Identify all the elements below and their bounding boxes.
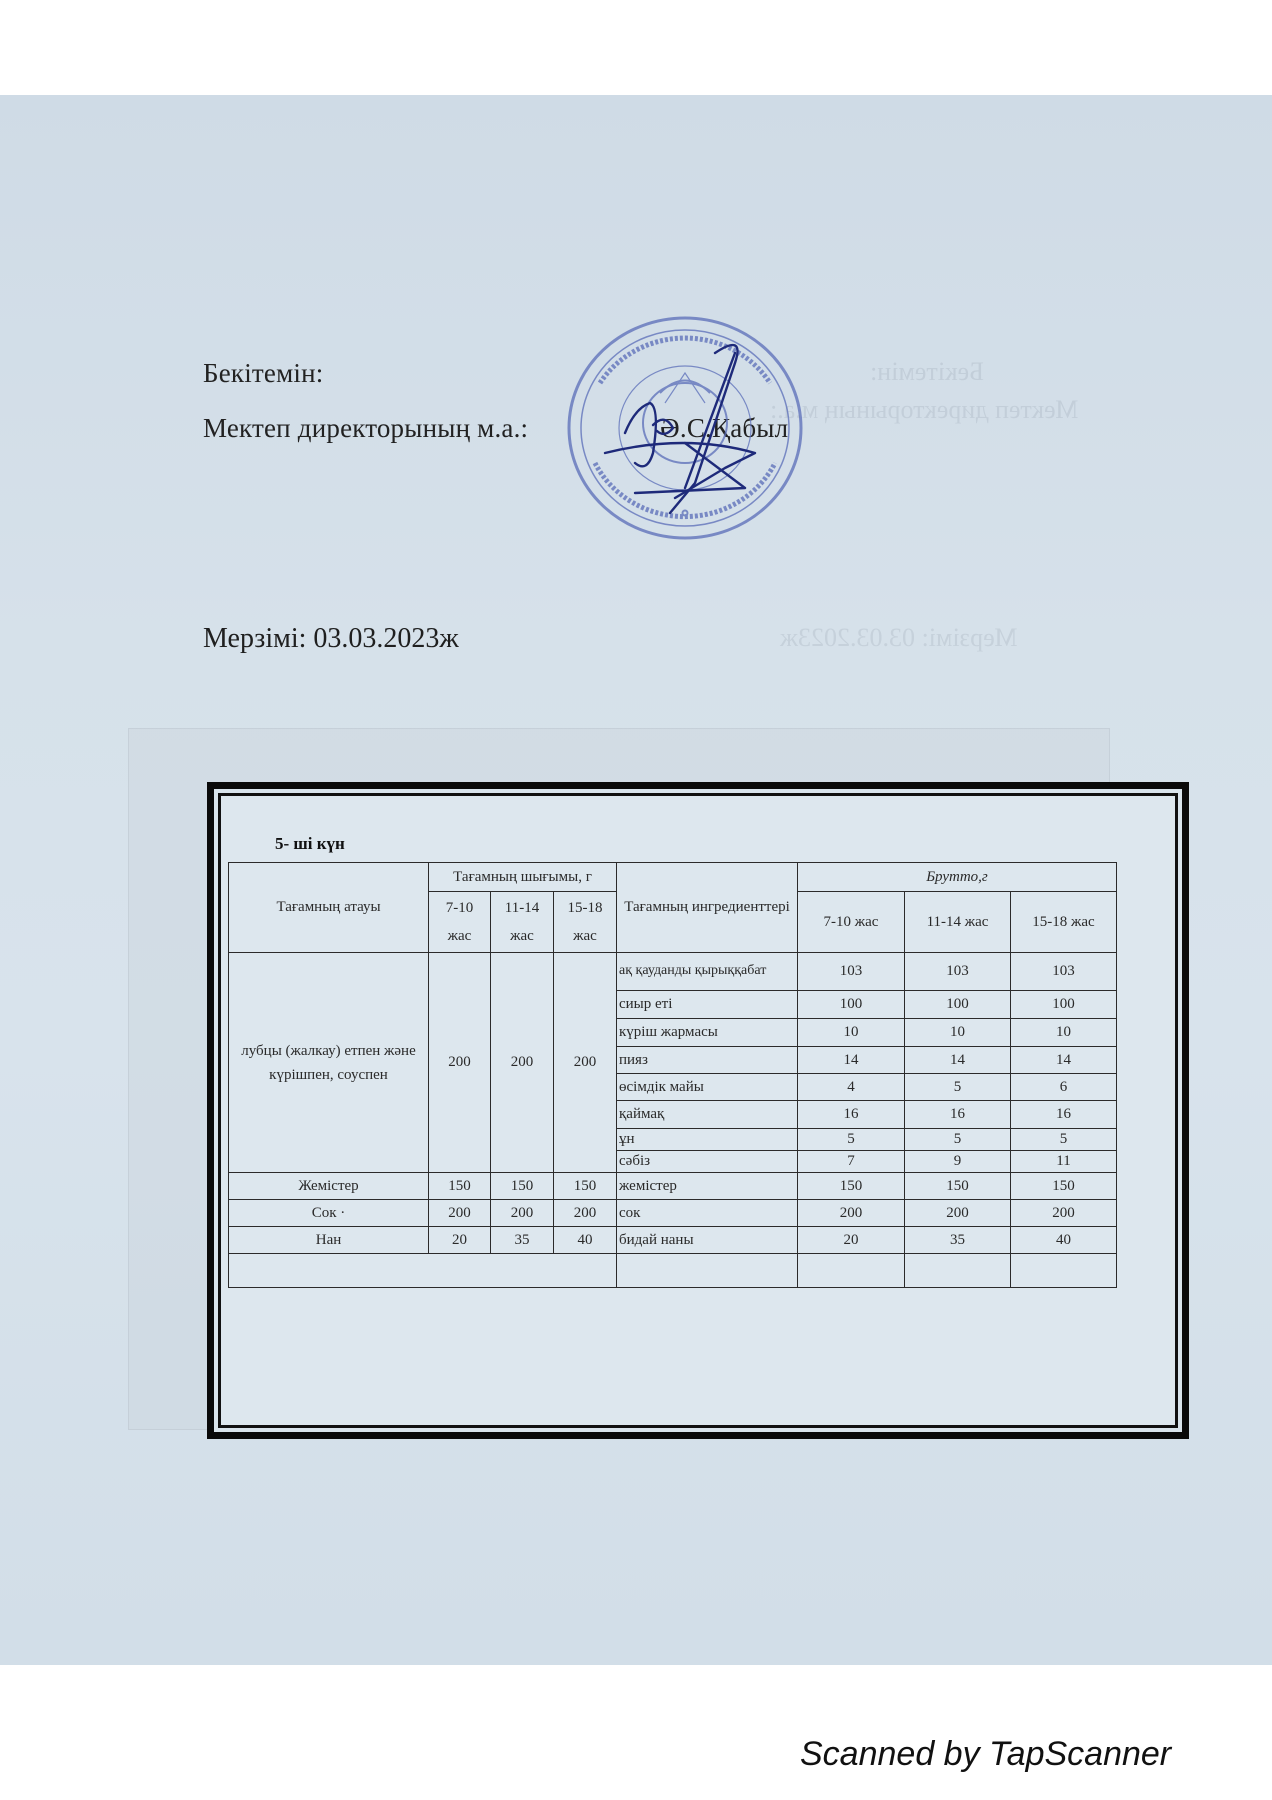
approval-label: Бекітемін: [203,358,323,389]
empty-cell [617,1254,798,1288]
ingredient-name: бидай наны [617,1227,798,1254]
empty-cell [905,1254,1011,1288]
header-brutto-group: Брутто,г [798,863,1117,892]
ingredient-brutto: 150 [1011,1173,1117,1200]
age-range: 11-14 [505,900,539,916]
ingredient-brutto: 103 [905,953,1011,991]
approver-role: Мектеп директорының м.а.: [203,413,528,443]
ingredient-brutto: 103 [1011,953,1117,991]
ingredient-name: пияз [617,1047,798,1074]
ingredient-brutto: 100 [1011,991,1117,1019]
day-title: 5- ші күн [275,834,345,854]
ingredient-brutto: 6 [1011,1074,1117,1101]
ingredient-brutto: 5 [905,1129,1011,1151]
ingredient-brutto: 11 [1011,1151,1117,1173]
age-unit: жас [448,928,472,944]
ingredient-brutto: 100 [905,991,1011,1019]
document-date: Мерзімі: 03.03.2023ж [203,623,459,655]
dish-name: Жемістер [229,1173,429,1200]
age-unit: жас [573,928,597,944]
ingredient-name: ұн [617,1129,798,1151]
dish-name: Нан [229,1227,429,1254]
dish-output: 150 [554,1173,617,1200]
dish-output: 200 [429,1200,491,1227]
ingredient-brutto: 14 [905,1047,1011,1074]
header-brutto-age-2: 15-18 жас [1011,892,1117,953]
table-row: лубцы (жалкау) етпен және күрішпен, соус… [229,953,1117,991]
ingredient-brutto: 200 [1011,1200,1117,1227]
ingredient-name: күріш жармасы [617,1019,798,1047]
ingredient-name: сок [617,1200,798,1227]
empty-cell [229,1254,617,1288]
dish-output: 200 [491,953,554,1173]
ingredient-brutto: 100 [798,991,905,1019]
ingredient-brutto: 20 [798,1227,905,1254]
ingredient-name: қаймақ [617,1101,798,1129]
ingredient-name: сәбіз [617,1151,798,1173]
ingredient-brutto: 5 [905,1074,1011,1101]
ingredient-brutto: 200 [905,1200,1011,1227]
bleed-through-text: Бекітемін: [870,357,984,387]
bleed-through-text: Мектеп директорының м.а.: [770,395,1078,425]
header-output-age-2: 15-18жас [554,892,617,953]
age-range: 15-18 [568,900,603,916]
ingredient-brutto: 10 [905,1019,1011,1047]
empty-cell [798,1254,905,1288]
ingredient-brutto: 9 [905,1151,1011,1173]
age-range: 7-10 [446,900,474,916]
ingredient-brutto: 4 [798,1074,905,1101]
dish-output: 35 [491,1227,554,1254]
header-dish-name: Тағамның атауы [229,863,429,953]
dish-output: 200 [554,953,617,1173]
header-output-group: Тағамның шығымы, г [429,863,617,892]
ingredient-name: сиыр еті [617,991,798,1019]
ingredient-brutto: 40 [1011,1227,1117,1254]
header-output-age-1: 11-14жас [491,892,554,953]
age-unit: жас [510,928,534,944]
empty-cell [1011,1254,1117,1288]
menu-table: Тағамның атауы Тағамның шығымы, г Тағамн… [228,862,1117,1288]
dish-output: 200 [554,1200,617,1227]
dish-output: 20 [429,1227,491,1254]
header-brutto-age-0: 7-10 жас [798,892,905,953]
ingredient-name: жемістер [617,1173,798,1200]
table-row: Сок ·200200200сок200200200 [229,1200,1117,1227]
bleed-through-text: Мерзімі: 03.03.2023ж [780,623,1018,653]
table-row: Нан203540бидай наны203540 [229,1227,1117,1254]
ingredient-brutto: 150 [905,1173,1011,1200]
dish-output: 150 [429,1173,491,1200]
dish-output: 150 [491,1173,554,1200]
dish-name: лубцы (жалкау) етпен және күрішпен, соус… [229,953,429,1173]
ingredient-brutto: 5 [798,1129,905,1151]
ingredient-brutto: 14 [798,1047,905,1074]
ingredient-brutto: 150 [798,1173,905,1200]
ingredient-brutto: 5 [1011,1129,1117,1151]
header-brutto-age-1: 11-14 жас [905,892,1011,953]
ingredient-brutto: 14 [1011,1047,1117,1074]
header-ingredients: Тағамның ингредиенттері [617,863,798,953]
dish-output: 200 [429,953,491,1173]
scanner-watermark: Scanned by TapScanner [800,1735,1171,1774]
ingredient-brutto: 16 [905,1101,1011,1129]
dish-output: 200 [491,1200,554,1227]
ingredient-brutto: 35 [905,1227,1011,1254]
ingredient-name: ақ қауданды қырыққабат [617,953,798,991]
table-row-empty [229,1254,1117,1288]
official-stamp-icon [565,313,805,543]
ingredient-brutto: 10 [1011,1019,1117,1047]
ingredient-brutto: 16 [1011,1101,1117,1129]
table-row: Жемістер150150150жемістер150150150 [229,1173,1117,1200]
dish-output: 40 [554,1227,617,1254]
ingredient-brutto: 16 [798,1101,905,1129]
ingredient-brutto: 103 [798,953,905,991]
ingredient-brutto: 7 [798,1151,905,1173]
ingredient-brutto: 10 [798,1019,905,1047]
header-output-age-0: 7-10жас [429,892,491,953]
ingredient-brutto: 200 [798,1200,905,1227]
ingredient-name: өсімдік майы [617,1074,798,1101]
dish-name: Сок · [229,1200,429,1227]
